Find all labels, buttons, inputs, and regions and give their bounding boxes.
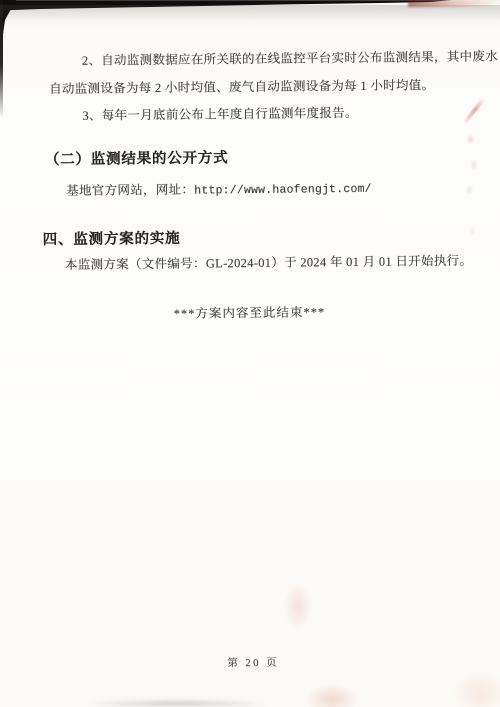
paragraph-item-2-line-1: 2、自动监测数据应在所关联的在线监控平台实时公布监测结果，其中废水 [82,46,498,68]
pink-smudge-right [284,582,312,630]
document-content: 2、自动监测数据应在所关联的在线监控平台实时公布监测结果，其中废水 自动监测设备… [0,0,500,707]
end-of-plan-marker: ***方案内容至此结束*** [0,300,500,323]
red-ink-speck [468,136,473,143]
heading-disclosure-method: （二）监测结果的公开方式 [45,146,229,169]
website-label: 基地官方网站，网址： [66,183,194,198]
bottom-edge-shadow [82,699,272,707]
disclosure-body-line: 基地官方网站，网址：http://www.haofengjt.com/ [66,178,372,199]
tan-smudge-bottom-right [452,672,500,707]
website-url-text: http://www.haofengjt.com/ [194,183,372,198]
pink-smudge-bottom [306,684,358,707]
red-ink-speck [467,186,472,194]
paragraph-item-2-line-2: 自动监测设备为每 2 小时均值、废气自动监测设备为每 1 小时均值。 [49,75,434,97]
page-number: 第 20 页 [3,652,500,672]
implementation-body-line: 本监测方案（文件编号：GL-2024-01）于 2024 年 01 月 01 日… [65,251,472,273]
heading-implementation: 四、监测方案的实施 [43,227,181,249]
red-ink-speck [471,228,475,235]
red-ink-speck [472,160,476,170]
scanned-page: 2、自动监测数据应在所关联的在线监控平台实时公布监测结果，其中废水 自动监测设备… [0,0,500,707]
paragraph-item-3: 3、每年一月底前公布上年度自行监测年度报告。 [82,103,358,124]
